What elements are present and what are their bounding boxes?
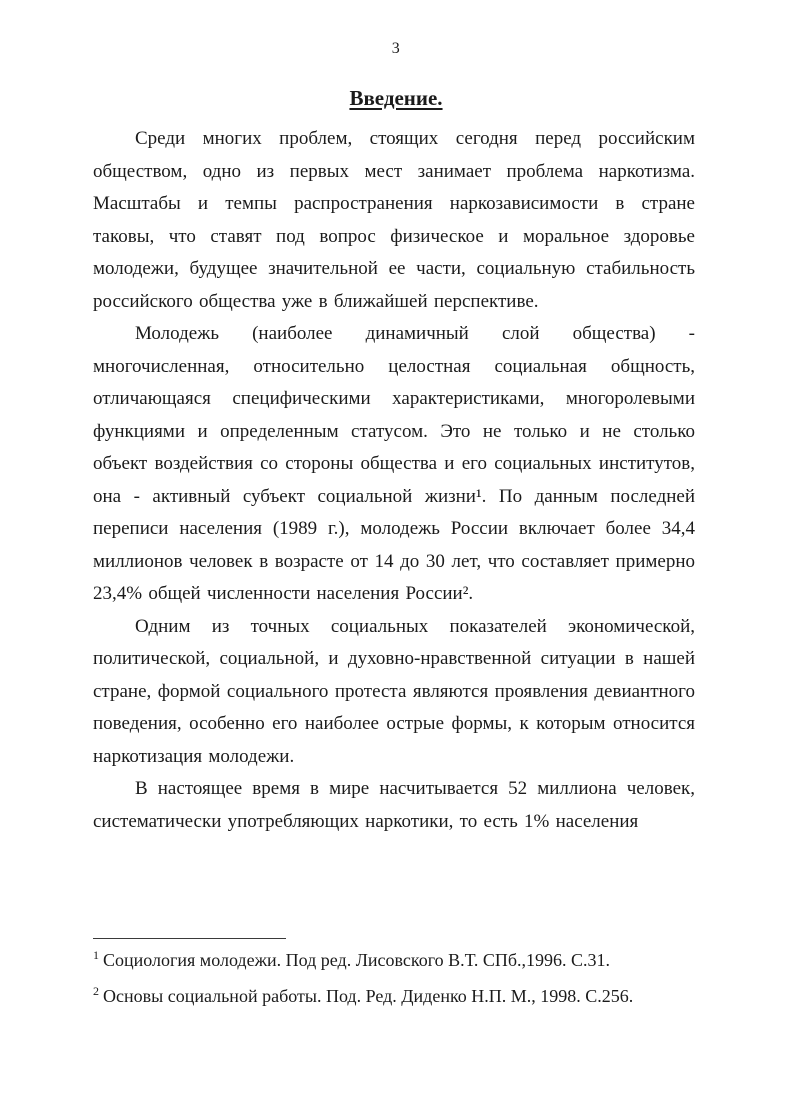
footnote-2-marker: 2	[93, 984, 99, 998]
footnote-2-text: Основы социальной работы. Под. Ред. Диде…	[103, 986, 633, 1006]
footnote-1-text: Социология молодежи. Под ред. Лисовского…	[103, 950, 610, 970]
paragraph-2: Молодежь (наиболее динамичный слой общес…	[93, 318, 695, 611]
paragraph-4: В настоящее время в мире насчитывается 5…	[93, 773, 695, 838]
footnote-1: 1Социология молодежи. Под ред. Лисовског…	[93, 947, 695, 972]
footnote-separator	[93, 938, 286, 939]
footnote-2: 2Основы социальной работы. Под. Ред. Дид…	[93, 983, 695, 1008]
paragraph-3: Одним из точных социальных показателей э…	[93, 611, 695, 774]
page-number: 3	[0, 40, 792, 58]
section-title: Введение.	[0, 86, 792, 111]
paragraph-1: Среди многих проблем, стоящих сегодня пе…	[93, 123, 695, 318]
footnotes-section: 1Социология молодежи. Под ред. Лисовског…	[93, 938, 695, 1020]
document-page: 3 Введение. Среди многих проблем, стоящи…	[0, 0, 792, 1115]
body-text: Среди многих проблем, стоящих сегодня пе…	[93, 123, 695, 838]
footnote-1-marker: 1	[93, 948, 99, 962]
